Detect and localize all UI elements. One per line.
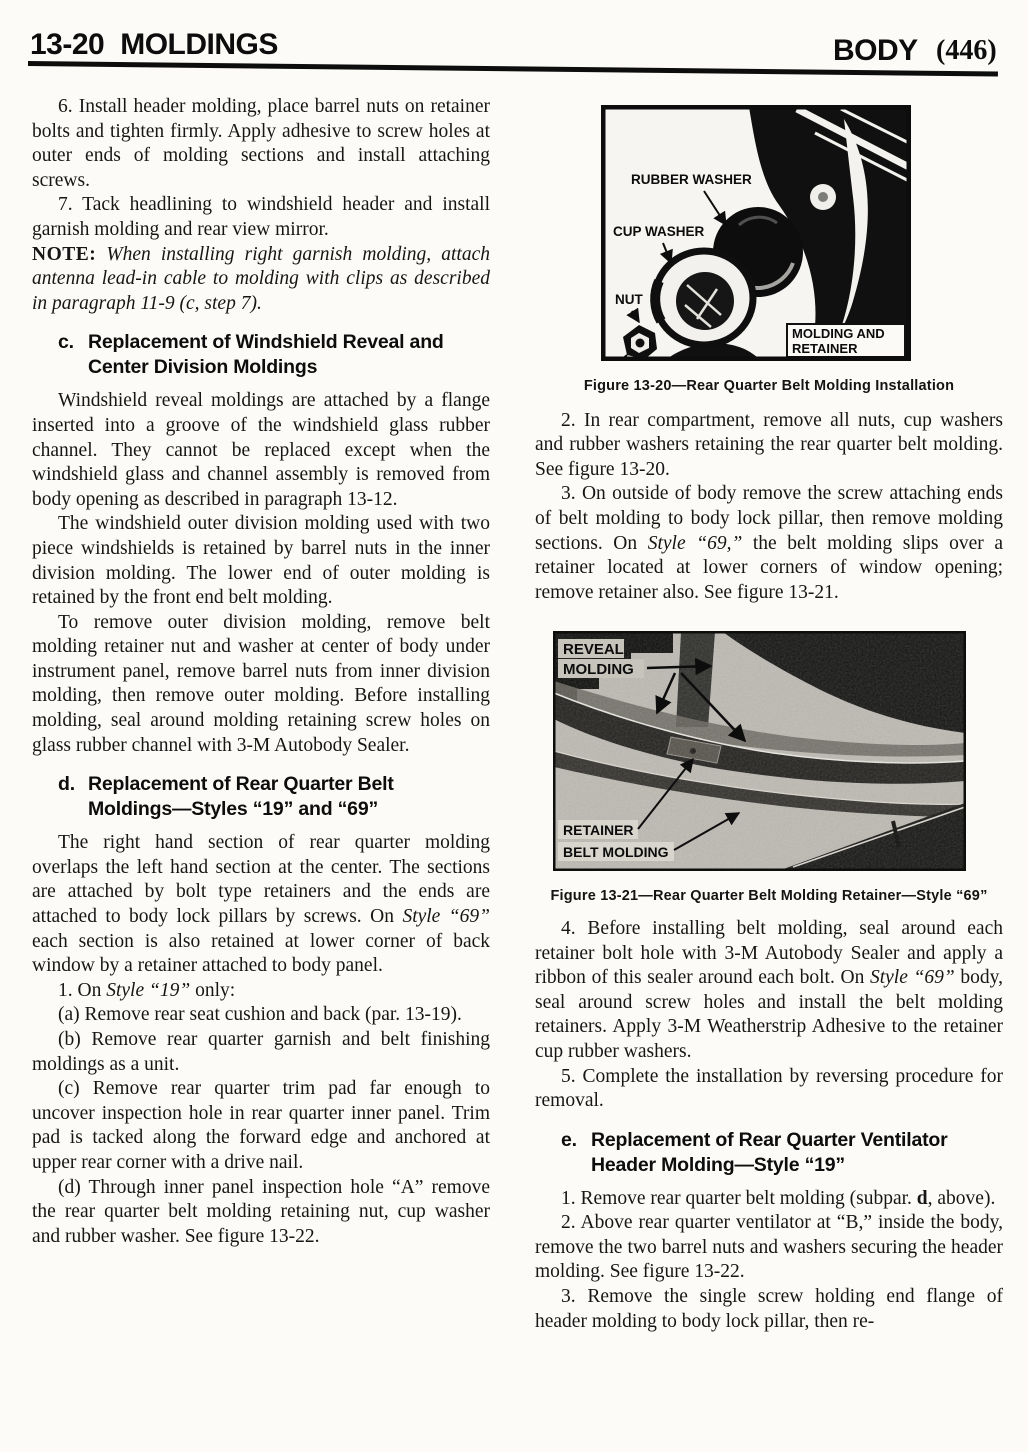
page-header-left: 13-20MOLDINGS xyxy=(30,28,278,62)
page-number: (446) xyxy=(936,35,997,67)
step-4: 4. Before installing belt molding, seal … xyxy=(535,917,1003,1065)
left-column: 6. Install header molding, place barrel … xyxy=(32,95,490,1249)
section-c-letter: c. xyxy=(58,330,88,380)
section-title: MOLDINGS xyxy=(120,28,278,61)
step-e3: 3. Remove the single screw holding end f… xyxy=(535,1285,1003,1334)
step-e2: 2. Above rear quarter ventilator at “B,”… xyxy=(535,1211,1003,1285)
step-2: 2. In rear compartment, remove all nuts,… xyxy=(535,409,1003,483)
label-nut: NUT xyxy=(615,292,643,307)
section-c-title: Replacement of Windshield Reveal and Cen… xyxy=(88,330,488,380)
section-d-letter: d. xyxy=(58,772,88,822)
step-1c: (c) Remove rear quarter trim pad far eno… xyxy=(32,1077,490,1175)
manual-page: 13-20MOLDINGS BODY (446) 6. Install head… xyxy=(0,0,1028,1452)
para-c2: The windshield outer division molding us… xyxy=(32,512,490,610)
step-5: 5. Complete the installation by reversin… xyxy=(535,1065,1003,1114)
figure-13-20-image: RUBBER WASHER CUP WASHER NUT MOLDING AND… xyxy=(601,105,911,361)
step-1-style19: 1. On Style “19” only: xyxy=(32,979,490,1004)
step-e1: 1. Remove rear quarter belt molding (sub… xyxy=(535,1187,1003,1212)
note-paragraph: NOTE: When installing right garnish mold… xyxy=(32,243,490,317)
label-retainer-21: RETAINER xyxy=(563,822,634,838)
step-3: 3. On outside of body remove the screw a… xyxy=(535,482,1003,605)
section-d-heading: d. Replacement of Rear Quarter Belt Mold… xyxy=(58,772,490,822)
page-header-right-title: BODY xyxy=(833,34,918,68)
para-d-intro: The right hand section of rear quarter m… xyxy=(32,831,490,979)
section-e-letter: e. xyxy=(561,1128,591,1178)
label-molding-and: MOLDING AND xyxy=(792,326,885,341)
figure-13-21-image: REVEAL MOLDING RETAINER BELT MOLDING xyxy=(553,631,966,871)
section-c-heading: c. Replacement of Windshield Reveal and … xyxy=(58,330,490,380)
figure-13-20: RUBBER WASHER CUP WASHER NUT MOLDING AND… xyxy=(601,105,1003,369)
label-cup-washer: CUP WASHER xyxy=(613,224,705,239)
note-label: NOTE: xyxy=(32,244,96,265)
section-number: 13-20 xyxy=(30,28,104,61)
figure-13-20-caption: Figure 13-20—Rear Quarter Belt Molding I… xyxy=(535,377,1003,395)
step-1b: (b) Remove rear quarter garnish and belt… xyxy=(32,1028,490,1077)
figure-13-21-caption: Figure 13-21—Rear Quarter Belt Molding R… xyxy=(535,887,1003,905)
step-7: 7. Tack headlining to windshield header … xyxy=(32,193,490,242)
label-rubber-washer: RUBBER WASHER xyxy=(631,172,752,187)
figure-13-21: REVEAL MOLDING RETAINER BELT MOLDING xyxy=(553,631,1003,879)
label-retainer-20: RETAINER xyxy=(792,341,858,356)
note-text: When installing right garnish molding, a… xyxy=(32,244,490,314)
step-1a: (a) Remove rear seat cushion and back (p… xyxy=(32,1003,490,1028)
label-belt-molding: BELT MOLDING xyxy=(563,844,669,860)
step-1d: (d) Through inner panel inspection hole … xyxy=(32,1176,490,1250)
para-c3: To remove outer division molding, remove… xyxy=(32,611,490,759)
section-d-title: Replacement of Rear Quarter Belt Molding… xyxy=(88,772,458,822)
right-column: RUBBER WASHER CUP WASHER NUT MOLDING AND… xyxy=(535,95,1003,1334)
label-reveal-molding: MOLDING xyxy=(563,661,634,678)
label-reveal: REVEAL xyxy=(563,641,624,658)
section-e-title: Replacement of Rear Quarter Ventilator H… xyxy=(591,1128,1003,1178)
step-6: 6. Install header molding, place barrel … xyxy=(32,95,490,193)
para-c1: Windshield reveal moldings are attached … xyxy=(32,389,490,512)
section-e-heading: e. Replacement of Rear Quarter Ventilato… xyxy=(561,1128,1003,1178)
